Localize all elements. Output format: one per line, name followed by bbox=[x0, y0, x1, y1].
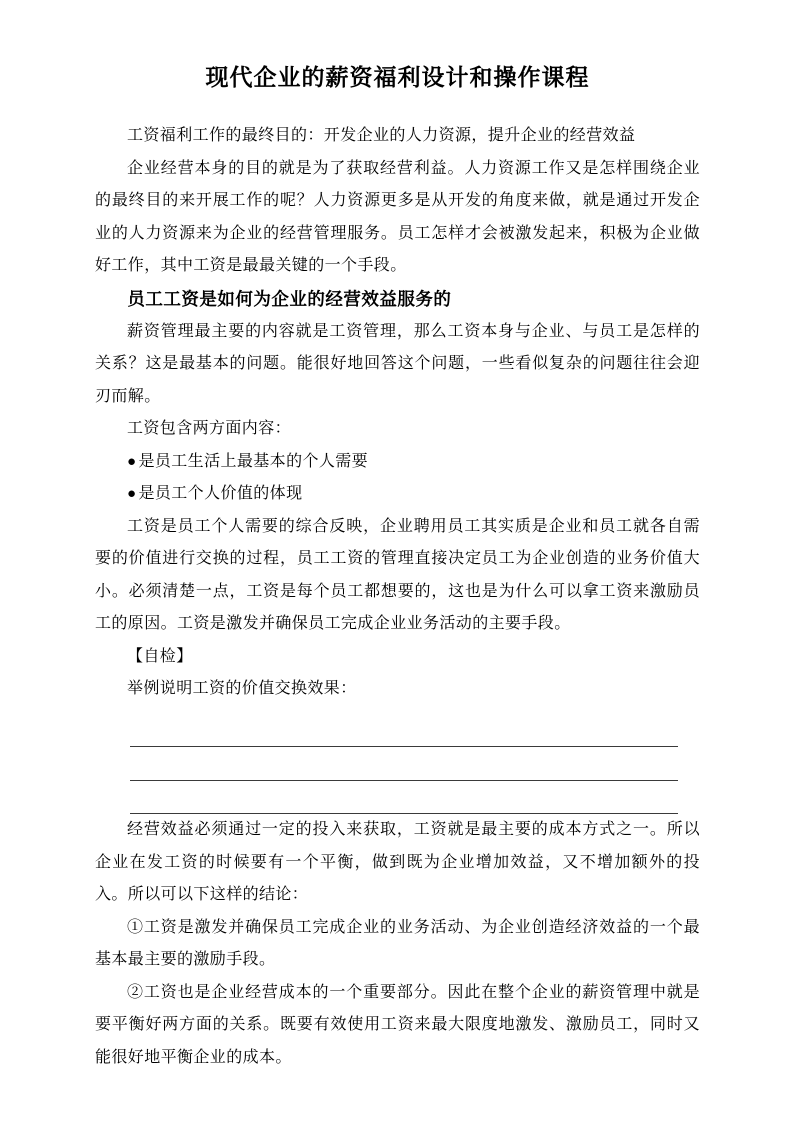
self-check-prompt: 举例说明工资的价值交换效果： bbox=[95, 673, 700, 706]
self-check-label: 【自检】 bbox=[95, 641, 700, 674]
bullet-item: ●是员工生活上最基本的个人需要 bbox=[95, 446, 700, 479]
section-paragraph-3: 经营效益必须通过一定的投入来获取，工资就是最主要的成本方式之一。所以企业在发工资… bbox=[95, 814, 700, 912]
section-paragraph-2: 工资是员工个人需要的综合反映，企业聘用员工其实质是企业和员工就各自需要的价值进行… bbox=[95, 511, 700, 641]
answer-blank-line bbox=[130, 747, 678, 781]
section-heading: 员工工资是如何为企业的经营效益服务的 bbox=[95, 283, 700, 316]
section-paragraph-1: 薪资管理最主要的内容就是工资管理，那么工资本身与企业、与员工是怎样的关系？这是最… bbox=[95, 316, 700, 414]
lead-in-line: 工资包含两方面内容： bbox=[95, 413, 700, 446]
answer-blank-line bbox=[130, 781, 678, 815]
answer-blank-line bbox=[130, 714, 678, 748]
conclusion-item-2: ②工资也是企业经营成本的一个重要部分。因此在整个企业的薪资管理中就是要平衡好两方… bbox=[95, 977, 700, 1075]
conclusion-item-1: ①工资是激发并确保员工完成企业的业务活动、为企业创造经济效益的一个最基本最主要的… bbox=[95, 912, 700, 977]
opening-paragraph: 企业经营本身的目的就是为了获取经营利益。人力资源工作又是怎样围绕企业的最终目的来… bbox=[95, 153, 700, 283]
document-page: 现代企业的薪资福利设计和操作课程 工资福利工作的最终目的：开发企业的人力资源，提… bbox=[0, 0, 793, 1122]
bullet-item-text: 是员工个人价值的体现 bbox=[138, 485, 302, 502]
bullet-icon: ● bbox=[127, 454, 136, 470]
document-title: 现代企业的薪资福利设计和操作课程 bbox=[95, 60, 700, 96]
bullet-item: ●是员工个人价值的体现 bbox=[95, 478, 700, 511]
intro-line: 工资福利工作的最终目的：开发企业的人力资源，提升企业的经营效益 bbox=[95, 120, 700, 153]
self-check-answer-area bbox=[95, 714, 700, 815]
bullet-item-text: 是员工生活上最基本的个人需要 bbox=[138, 453, 368, 470]
bullet-icon: ● bbox=[127, 486, 136, 502]
